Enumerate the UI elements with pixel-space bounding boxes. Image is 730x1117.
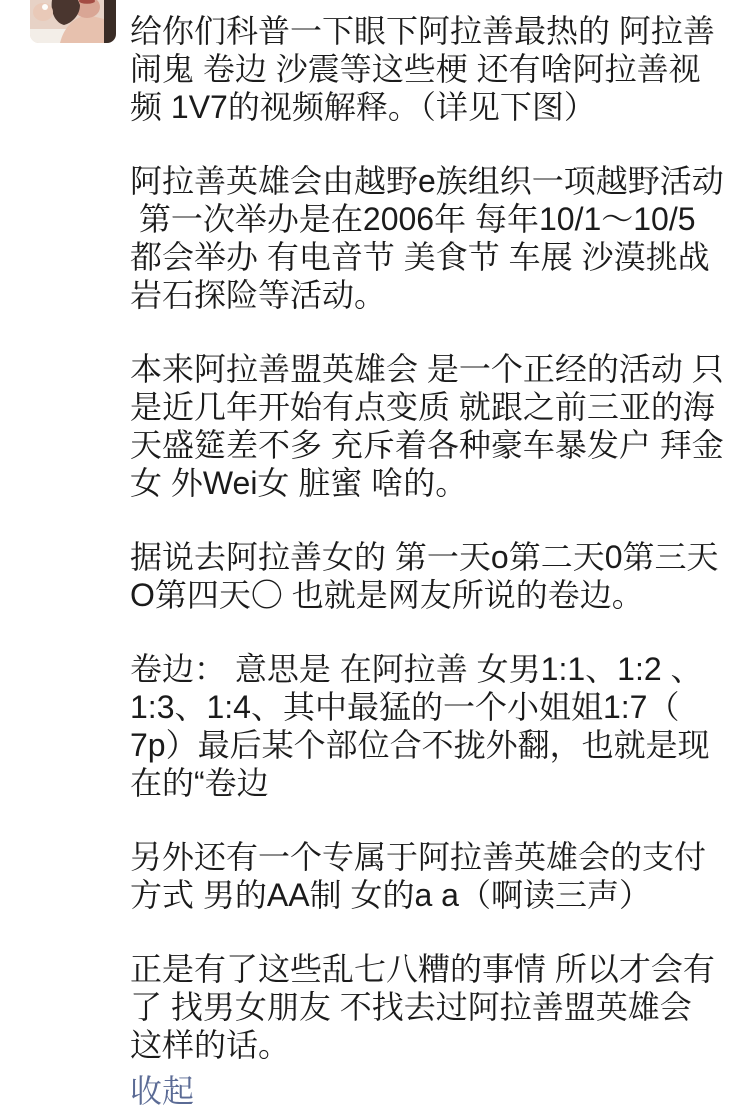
paragraph: 本来阿拉善盟英雄会 是一个正经的活动 只是近几年开始有点变质 就跟之前三亚的海天… [130, 350, 718, 502]
text-line: 这样的话。 [130, 1026, 718, 1064]
paragraph: 正是有了这些乱七八糟的事情 所以才会有了 找男女朋友 不找去过阿拉善盟英雄会这样… [130, 950, 718, 1064]
message-content: 给你们科普一下眼下阿拉善最热的 阿拉善闹鬼 卷边 沙震等这些梗 还有啥阿拉善视频… [130, 12, 718, 1110]
text-line: O第四天〇 也就是网友所说的卷边。 [130, 576, 718, 614]
message-text: 给你们科普一下眼下阿拉善最热的 阿拉善闹鬼 卷边 沙震等这些梗 还有啥阿拉善视频… [130, 12, 718, 1064]
text-line: 岩石探险等活动。 [130, 276, 718, 314]
text-line: 正是有了这些乱七八糟的事情 所以才会有 [130, 950, 718, 988]
paragraph: 卷边： 意思是 在阿拉善 女男1:1、1:2 、1:3、1:4、其中最猛的一个小… [130, 650, 718, 802]
avatar[interactable] [30, 0, 116, 43]
text-line: 了 找男女朋友 不找去过阿拉善盟英雄会 [130, 988, 718, 1026]
text-line: 本来阿拉善盟英雄会 是一个正经的活动 只 [130, 350, 718, 388]
text-line: 第一次举办是在2006年 每年10/1～10/5 [130, 200, 718, 238]
text-line: 另外还有一个专属于阿拉善英雄会的支付 [130, 838, 718, 876]
collapse-link[interactable]: 收起 [130, 1072, 194, 1110]
text-line: 给你们科普一下眼下阿拉善最热的 阿拉善 [130, 12, 718, 50]
paragraph: 给你们科普一下眼下阿拉善最热的 阿拉善闹鬼 卷边 沙震等这些梗 还有啥阿拉善视频… [130, 12, 718, 126]
paragraph: 另外还有一个专属于阿拉善英雄会的支付方式 男的AA制 女的a a（啊读三声） [130, 838, 718, 914]
avatar-image [30, 0, 116, 43]
text-line: 阿拉善英雄会由越野e族组织一项越野活动 [130, 162, 718, 200]
paragraph: 据说去阿拉善女的 第一天o第二天0第三天O第四天〇 也就是网友所说的卷边。 [130, 538, 718, 614]
text-line: 卷边： 意思是 在阿拉善 女男1:1、1:2 、 [130, 650, 718, 688]
text-line: 在的“卷边 [130, 764, 718, 802]
paragraph: 阿拉善英雄会由越野e族组织一项越野活动 第一次举办是在2006年 每年10/1～… [130, 162, 718, 314]
text-line: 据说去阿拉善女的 第一天o第二天0第三天 [130, 538, 718, 576]
text-line: 1:3、1:4、其中最猛的一个小姐姐1:7（ [130, 688, 718, 726]
text-line: 是近几年开始有点变质 就跟之前三亚的海 [130, 388, 718, 426]
text-line: 闹鬼 卷边 沙震等这些梗 还有啥阿拉善视 [130, 50, 718, 88]
chat-message-panel: 给你们科普一下眼下阿拉善最热的 阿拉善闹鬼 卷边 沙震等这些梗 还有啥阿拉善视频… [0, 0, 730, 1117]
text-line: 频 1V7的视频解释。（详见下图） [130, 88, 718, 126]
text-line: 天盛筵差不多 充斥着各种豪车暴发户 拜金 [130, 426, 718, 464]
text-line: 都会举办 有电音节 美食节 车展 沙漠挑战 [130, 238, 718, 276]
text-line: 7p）最后某个部位合不拢外翻，也就是现 [130, 726, 718, 764]
text-line: 方式 男的AA制 女的a a（啊读三声） [130, 876, 718, 914]
text-line: 女 外Wei女 脏蜜 啥的。 [130, 464, 718, 502]
